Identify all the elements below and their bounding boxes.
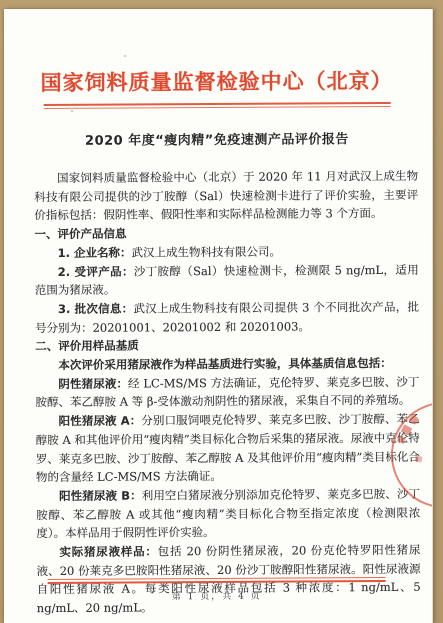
report-title: 2020 年度“瘦肉精”免疫速测产品评价报告 <box>4 128 431 150</box>
page-number: 第 1 页，共 4 页 <box>48 588 386 603</box>
real-samples-label: 实际猪尿液样品： <box>59 544 157 559</box>
negative-urine-item: 阴性猪尿液：经 LC-MS/MS 方法确证，克伦特罗、莱克多巴胺、沙丁胺醇、苯乙… <box>35 373 419 413</box>
batch-info-label: 3. 批次信息： <box>58 301 134 315</box>
evaluated-product-label: 2. 受评产品： <box>58 264 134 278</box>
section2-heading: 二、评价用样品基质 <box>35 335 419 356</box>
title-divider <box>43 102 390 109</box>
footer-divider <box>48 577 386 584</box>
scan-backdrop: 国家饲料质量监督检验中心（北京） 2020 年度“瘦肉精”免疫速测产品评价报告 … <box>0 0 443 623</box>
page-footer: 第 1 页，共 4 页 <box>48 577 386 603</box>
stamp-glyph-marks <box>401 424 413 435</box>
stamp-glyph-marks <box>415 455 423 462</box>
positive-urine-a-item: 阳性猪尿液 A：分别口服饲喂克伦特罗、莱克多巴胺、沙丁胺醇、苯乙醇胺 A 和其他… <box>36 410 420 487</box>
matrix-lead-text: 本次评价采用猪尿液作为样品基质进行实验，具体基质信息包括： <box>58 356 392 372</box>
company-name-item: 1. 企业名称：武汉上成生物科技有限公司。 <box>35 242 419 263</box>
batch-info-item: 3. 批次信息：武汉上成生物科技有限公司提供 3 个不同批次产品，批号分别为：2… <box>35 298 419 338</box>
matrix-lead: 本次评价采用猪尿液作为样品基质进行实验，具体基质信息包括： <box>35 354 419 375</box>
intro-paragraph: 国家饲料质量监督检验中心（北京）于 2020 年 11 月对武汉上成生物科技有限… <box>34 167 418 225</box>
evaluated-product-item: 2. 受评产品：沙丁胺醇（Sal）快速检测卡，检测限 5 ng/mL，适用范围为… <box>35 260 419 300</box>
company-name-label: 1. 企业名称： <box>58 245 132 259</box>
org-title: 国家饲料质量监督检验中心（北京） <box>4 65 431 98</box>
positive-urine-b-item: 阳性猪尿液 B：利用空白猪尿液分别添加克伦特罗、莱克多巴胺、沙丁胺醇、苯乙醇胺 … <box>36 485 420 543</box>
document-page: 国家饲料质量监督检验中心（北京） 2020 年度“瘦肉精”免疫速测产品评价报告 … <box>4 9 433 623</box>
positive-urine-a-label: 阳性猪尿液 A： <box>59 414 142 429</box>
positive-urine-b-label: 阳性猪尿液 B： <box>59 488 142 503</box>
stamp-glyph-marks <box>409 414 420 425</box>
section1-heading: 一、评价产品信息 <box>34 223 418 244</box>
negative-urine-label: 阴性猪尿液： <box>58 376 128 390</box>
page-content: 国家饲料质量监督检验中心（北京） 2020 年度“瘦肉精”免疫速测产品评价报告 … <box>4 9 433 623</box>
company-name-value: 武汉上成生物科技有限公司。 <box>131 244 281 259</box>
dust-speck <box>124 55 126 57</box>
document-body: 国家饲料质量监督检验中心（北京）于 2020 年 11 月对武汉上成生物科技有限… <box>34 167 421 618</box>
dust-speck <box>71 110 73 112</box>
